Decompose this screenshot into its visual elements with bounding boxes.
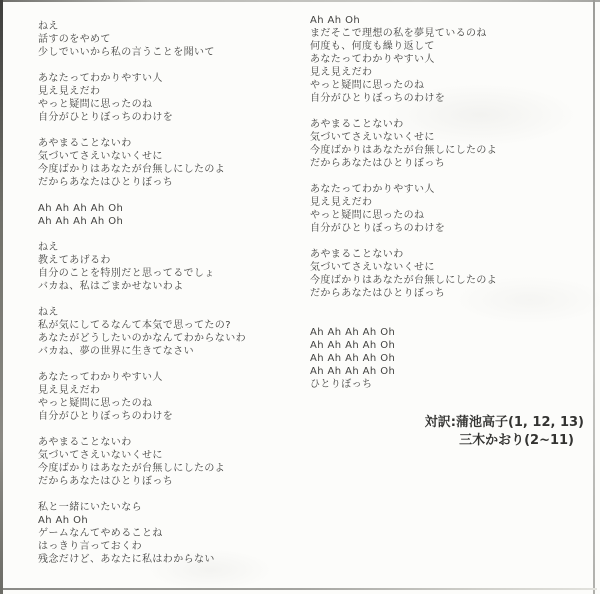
lyric-line: だからあなたはひとりぼっち xyxy=(310,287,497,300)
lyric-line: あやまることないわ xyxy=(310,248,497,261)
lyric-line: 教えてあげるわ xyxy=(38,254,246,267)
lyric-line: Ah Ah Ah Ah Oh xyxy=(310,365,497,378)
lyric-line: Ah Ah Oh xyxy=(310,14,497,27)
lyric-line: 私が気にしてるなんて本気で思ってたの? xyxy=(38,319,246,332)
lyric-line: あやまることないわ xyxy=(38,436,246,449)
lyrics-page: ねえ話すのをやめて少しでいいから私の言うことを聞いてあなたってわかりやすい人見え… xyxy=(0,0,600,594)
lyric-line: だからあなたはひとりぼっち xyxy=(38,475,246,488)
lyric-line: Ah Ah Ah Ah Oh xyxy=(38,215,246,228)
lyric-line: 私と一緒にいたいなら xyxy=(38,501,246,514)
lyric-line: 気づいてさえいないくせに xyxy=(310,261,497,274)
stanza: あやまることないわ気づいてさえいないくせに今度ばかりはあなたが台無しにしたのよだ… xyxy=(310,118,497,170)
lyric-line: 自分がひとりぼっちのわけを xyxy=(38,410,246,423)
lyric-line: あなたがどうしたいのかなんてわからないわ xyxy=(38,332,246,345)
lyric-line: あやまることないわ xyxy=(310,118,497,131)
stanza: あなたってわかりやすい人見え見えだわやっと疑問に思ったのね自分がひとりぼっちのわ… xyxy=(38,371,246,423)
credit-line-1: 対訳:蒲池高子(1, 12, 13) xyxy=(300,414,584,432)
lyric-line: やっと疑問に思ったのね xyxy=(310,79,497,92)
lyric-line: Ah Ah Ah Ah Oh xyxy=(310,326,497,339)
lyric-line: 何度も、何度も繰り返して xyxy=(310,40,497,53)
lyric-line: 今度ばかりはあなたが台無しにしたのよ xyxy=(38,163,246,176)
credit-line-2: 三木かおり(2~11) xyxy=(300,432,584,450)
lyric-line: Ah Ah Ah Ah Oh xyxy=(310,352,497,365)
lyric-line: ねえ xyxy=(38,306,246,319)
lyric-line: あやまることないわ xyxy=(38,137,246,150)
lyric-line: 今度ばかりはあなたが台無しにしたのよ xyxy=(38,462,246,475)
lyric-line: 気づいてさえいないくせに xyxy=(38,150,246,163)
lyric-line: ゲームなんてやめることね xyxy=(38,527,246,540)
lyric-line: 気づいてさえいないくせに xyxy=(310,131,497,144)
stanza: ねえ私が気にしてるなんて本気で思ってたの?あなたがどうしたいのかなんてわからない… xyxy=(38,306,246,358)
lyric-line: 自分がひとりぼっちのわけを xyxy=(310,92,497,105)
translator-credits: 対訳:蒲池高子(1, 12, 13) 三木かおり(2~11) xyxy=(300,414,584,450)
page-edge-top xyxy=(0,0,600,2)
lyric-line: 自分がひとりぼっちのわけを xyxy=(310,222,497,235)
lyric-line: あなたってわかりやすい人 xyxy=(38,72,246,85)
lyric-line: あなたってわかりやすい人 xyxy=(38,371,246,384)
stanza: Ah Ah Ah Ah OhAh Ah Ah Ah Oh xyxy=(38,202,246,228)
lyric-line: 自分のことを特別だと思ってるでしょ xyxy=(38,267,246,280)
stanza: あやまることないわ気づいてさえいないくせに今度ばかりはあなたが台無しにしたのよだ… xyxy=(38,137,246,189)
lyric-line: ねえ xyxy=(38,241,246,254)
right-lyrics-column: Ah Ah Ohまだそこで理想の私を夢見ているのね何度も、何度も繰り返してあなた… xyxy=(310,14,497,404)
stanza: あなたってわかりやすい人見え見えだわやっと疑問に思ったのね自分がひとりぼっちのわ… xyxy=(38,72,246,124)
lyric-line: Ah Ah Ah Ah Oh xyxy=(38,202,246,215)
lyric-line: 少しでいいから私の言うことを聞いて xyxy=(38,46,246,59)
lyric-line: やっと疑問に思ったのね xyxy=(38,397,246,410)
lyric-line: 見え見えだわ xyxy=(38,85,246,98)
stanza: Ah Ah Ah Ah OhAh Ah Ah Ah OhAh Ah Ah Ah … xyxy=(310,326,497,391)
lyric-line: バカね、私はごまかせないわよ xyxy=(38,280,246,293)
lyric-line: あなたってわかりやすい人 xyxy=(310,53,497,66)
page-edge-bottom xyxy=(3,588,597,590)
lyric-line: 自分がひとりぼっちのわけを xyxy=(38,111,246,124)
stanza: あやまることないわ気づいてさえいないくせに今度ばかりはあなたが台無しにしたのよだ… xyxy=(310,248,497,300)
lyric-line: 残念だけど、あなたに私はわからない xyxy=(38,553,246,566)
lyric-line: まだそこで理想の私を夢見ているのね xyxy=(310,27,497,40)
lyric-line: ひとりぼっち xyxy=(310,378,497,391)
stanza: ねえ教えてあげるわ自分のことを特別だと思ってるでしょバカね、私はごまかせないわよ xyxy=(38,241,246,293)
stanza: ねえ話すのをやめて少しでいいから私の言うことを聞いて xyxy=(38,20,246,59)
lyric-line: バカね、夢の世界に生きてなさい xyxy=(38,345,246,358)
lyric-line: 見え見えだわ xyxy=(310,66,497,79)
lyric-line: だからあなたはひとりぼっち xyxy=(38,176,246,189)
lyric-line: ねえ xyxy=(38,20,246,33)
left-lyrics-column: ねえ話すのをやめて少しでいいから私の言うことを聞いてあなたってわかりやすい人見え… xyxy=(38,20,246,579)
lyric-line: Ah Ah Oh xyxy=(38,514,246,527)
stanza: 私と一緒にいたいならAh Ah Ohゲームなんてやめることねはっきり言っておくわ… xyxy=(38,501,246,566)
stanza: あやまることないわ気づいてさえいないくせに今度ばかりはあなたが台無しにしたのよだ… xyxy=(38,436,246,488)
lyric-line: Ah Ah Ah Ah Oh xyxy=(310,339,497,352)
lyric-line: 見え見えだわ xyxy=(38,384,246,397)
lyric-line: あなたってわかりやすい人 xyxy=(310,183,497,196)
lyric-line: やっと疑問に思ったのね xyxy=(38,98,246,111)
page-edge-right xyxy=(593,0,595,594)
page-edge-left xyxy=(0,0,3,594)
lyric-line: 見え見えだわ xyxy=(310,196,497,209)
stanza: Ah Ah Ohまだそこで理想の私を夢見ているのね何度も、何度も繰り返してあなた… xyxy=(310,14,497,105)
lyric-line: だからあなたはひとりぼっち xyxy=(310,157,497,170)
lyric-line: はっきり言っておくわ xyxy=(38,540,246,553)
lyric-line: 話すのをやめて xyxy=(38,33,246,46)
lyric-line: やっと疑問に思ったのね xyxy=(310,209,497,222)
lyric-line: 今度ばかりはあなたが台無しにしたのよ xyxy=(310,274,497,287)
stanza: あなたってわかりやすい人見え見えだわやっと疑問に思ったのね自分がひとりぼっちのわ… xyxy=(310,183,497,235)
lyric-line: 気づいてさえいないくせに xyxy=(38,449,246,462)
lyric-line: 今度ばかりはあなたが台無しにしたのよ xyxy=(310,144,497,157)
